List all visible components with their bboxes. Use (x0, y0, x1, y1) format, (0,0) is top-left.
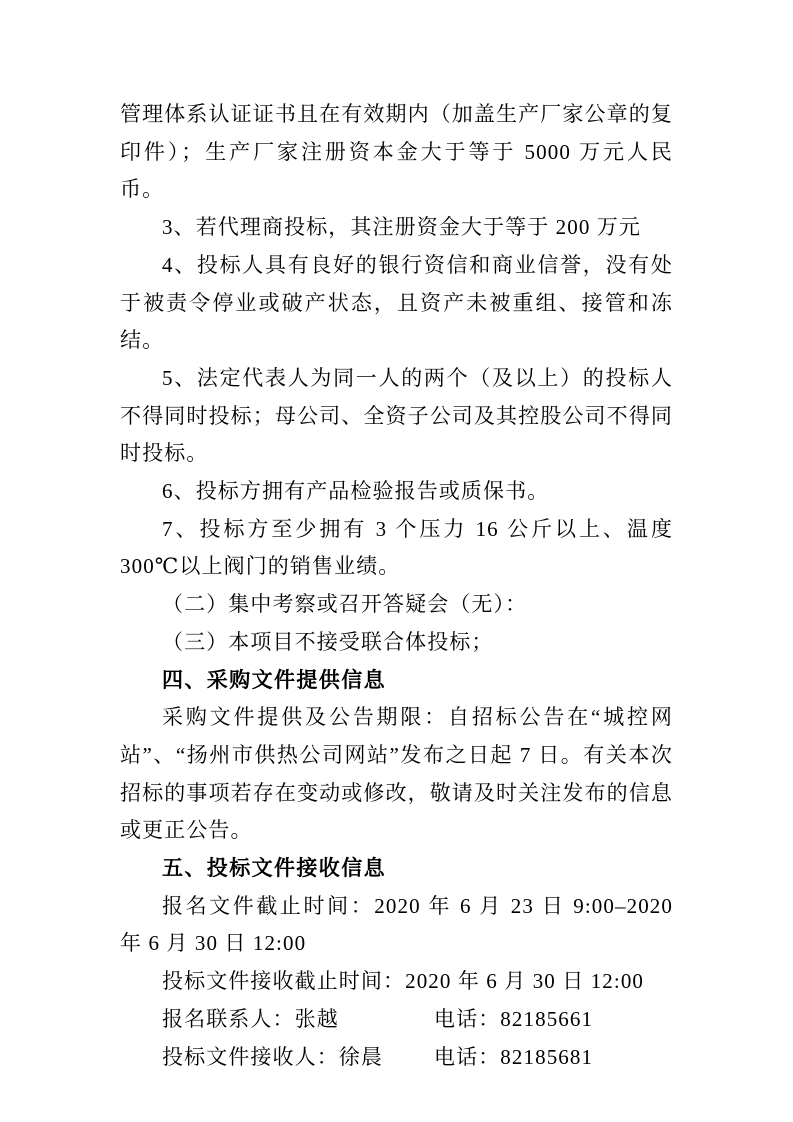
paragraph: 3、若代理商投标，其注册资金大于等于 200 万元 (120, 209, 673, 247)
contact-phone: 电话：82185681 (434, 1039, 593, 1077)
paragraph: 管理体系认证证书且在有效期内（加盖生产厂家公章的复印件）；生产厂家注册资本金大于… (120, 96, 673, 209)
paragraph: 投标文件接收截止时间：2020 年 6 月 30 日 12:00 (120, 963, 673, 1001)
contact-row: 投标文件接收人：徐晨 电话：82185681 (120, 1039, 673, 1077)
document-page: 管理体系认证证书且在有效期内（加盖生产厂家公章的复印件）；生产厂家注册资本金大于… (0, 0, 793, 1122)
paragraph: （三）本项目不接受联合体投标； (120, 624, 673, 662)
paragraph: 7、投标方至少拥有 3 个压力 16 公斤以上、温度 300℃以上阀门的销售业绩… (120, 511, 673, 586)
paragraph: （二）集中考察或召开答疑会（无）： (120, 586, 673, 624)
paragraph: 采购文件提供及公告期限：自招标公告在“城控网站”、“扬州市供热公司网站”发布之日… (120, 699, 673, 850)
section-heading: 四、采购文件提供信息 (120, 662, 673, 700)
contact-person: 报名联系人：张越 (162, 1001, 434, 1039)
paragraph: 4、投标人具有良好的银行资信和商业信誉，没有处于被责令停业或破产状态，且资产未被… (120, 247, 673, 360)
contact-phone: 电话：82185661 (434, 1001, 593, 1039)
paragraph: 6、投标方拥有产品检验报告或质保书。 (120, 473, 673, 511)
section-heading: 五、投标文件接收信息 (120, 850, 673, 888)
contact-person: 投标文件接收人：徐晨 (162, 1039, 434, 1077)
paragraph: 5、法定代表人为同一人的两个（及以上）的投标人不得同时投标；母公司、全资子公司及… (120, 360, 673, 473)
contact-row: 报名联系人：张越 电话：82185661 (120, 1001, 673, 1039)
document-content: 管理体系认证证书且在有效期内（加盖生产厂家公章的复印件）；生产厂家注册资本金大于… (120, 96, 673, 1076)
paragraph: 报名文件截止时间：2020 年 6 月 23 日 9:00–2020 年 6 月… (120, 888, 673, 963)
